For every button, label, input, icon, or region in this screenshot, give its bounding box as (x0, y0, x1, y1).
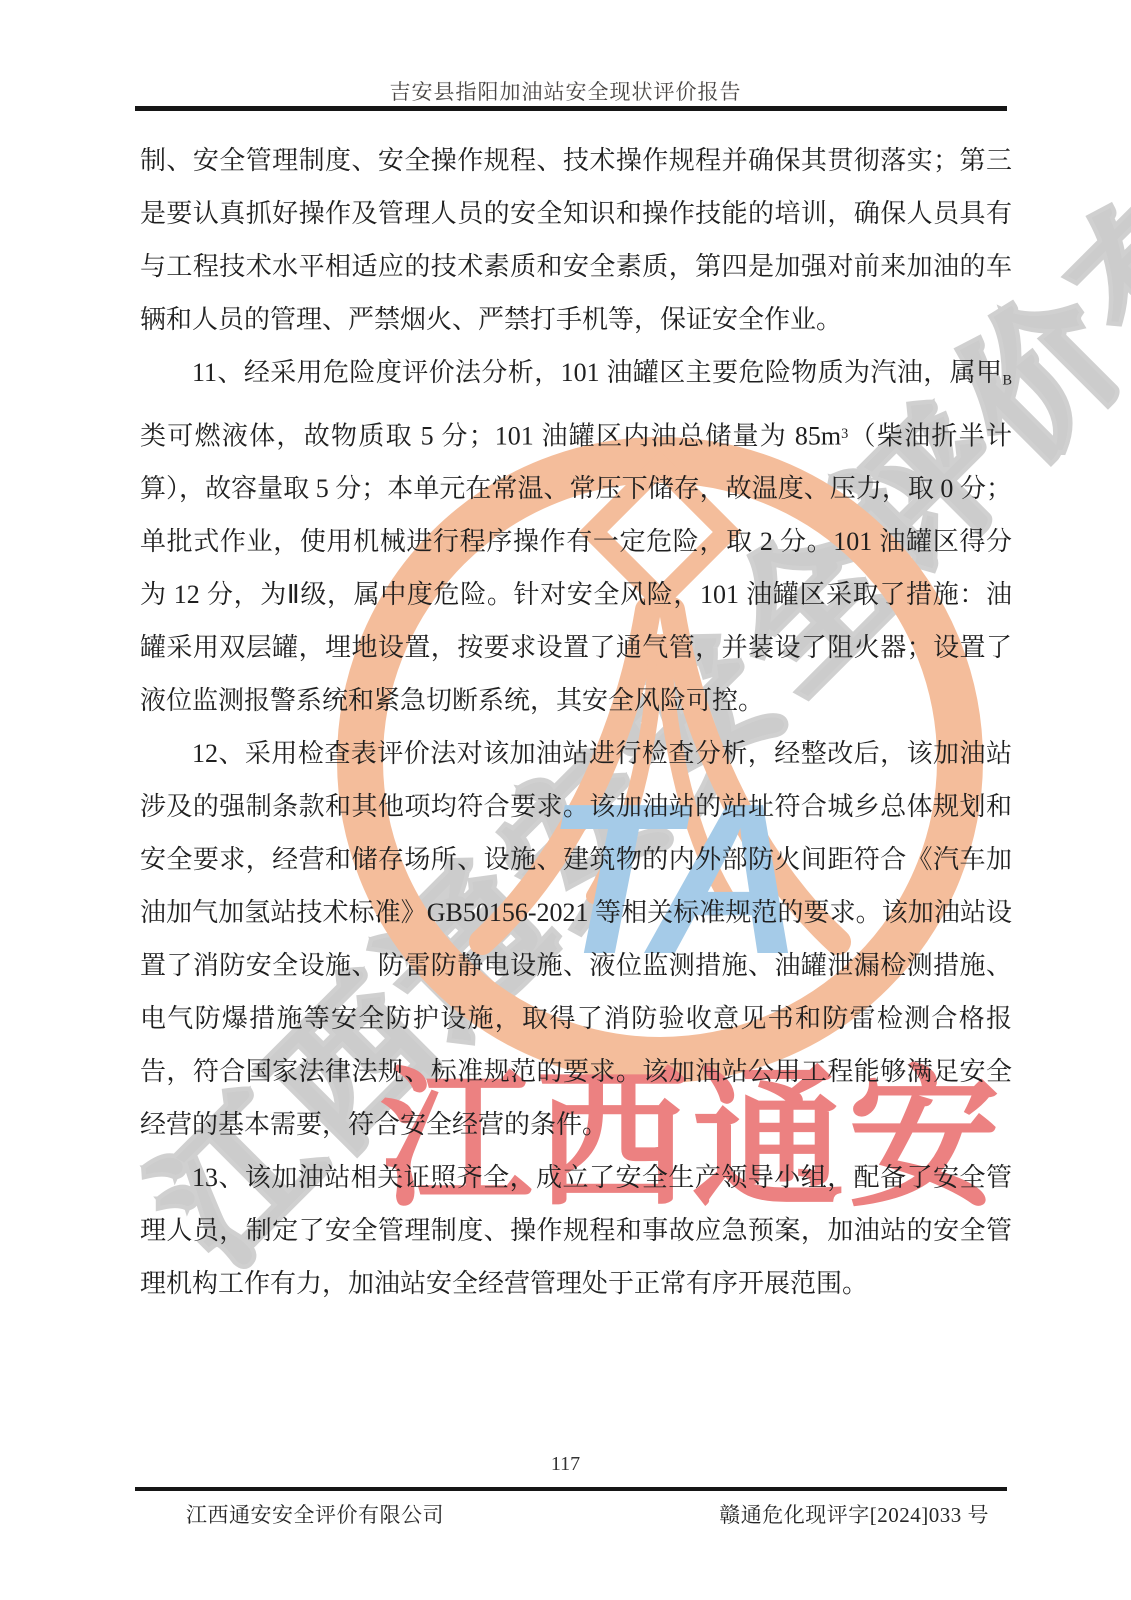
footer-report-number: 赣通危化现评字[2024]033 号 (719, 1499, 989, 1529)
page-number: 117 (0, 1453, 1131, 1476)
footer-rule (135, 1487, 1007, 1491)
page-footer: 117 江西通安安全评价有限公司 赣通危化现评字[2024]033 号 (0, 0, 1131, 1600)
footer-company-name: 江西通安安全评价有限公司 (186, 1499, 444, 1529)
document-page: 江西通安安全评价有限公司 TA 江西通安 吉安县指阳加油站安全现状评价报告 制、… (0, 0, 1131, 1600)
